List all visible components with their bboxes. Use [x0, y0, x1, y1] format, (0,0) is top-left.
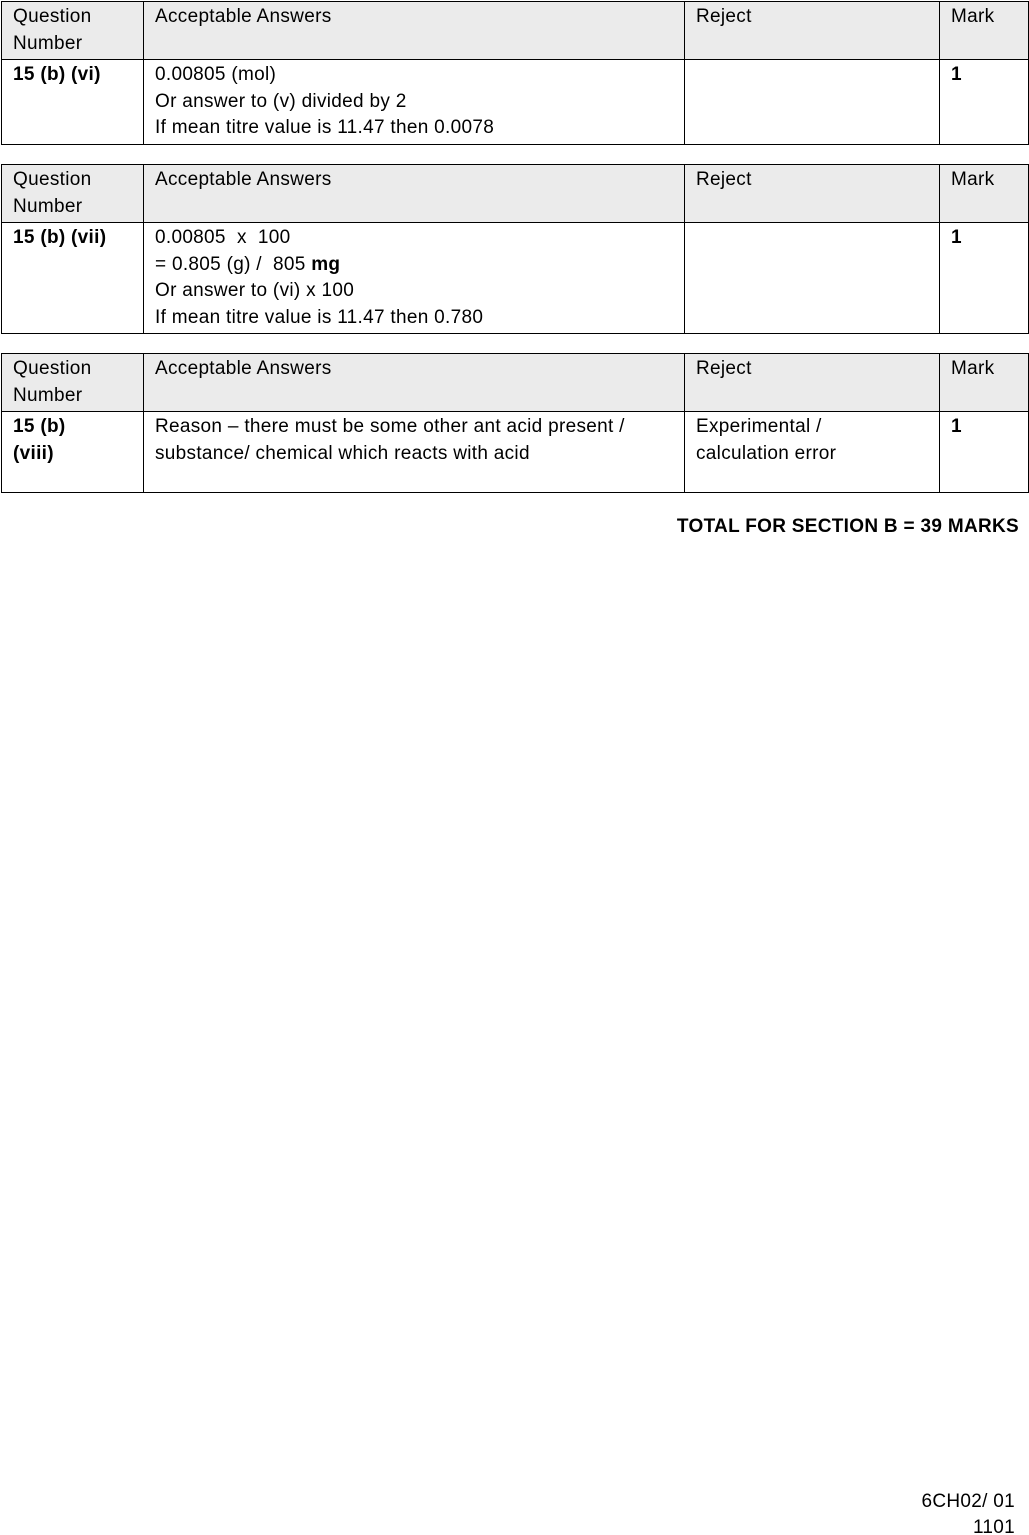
reject [685, 223, 940, 334]
header-acceptable-answers: Acceptable Answers [144, 2, 685, 60]
header-mark: Mark [940, 2, 1029, 60]
mark-scheme-table-vii: Question Number Acceptable Answers Rejec… [1, 164, 1029, 334]
reject [685, 60, 940, 145]
header-mark: Mark [940, 354, 1029, 412]
header-acceptable-answers: Acceptable Answers [144, 165, 685, 223]
mark: 1 [940, 223, 1029, 334]
header-row: Question Number Acceptable Answers Rejec… [2, 165, 1029, 223]
paper-code: 6CH02/ 01 [921, 1489, 1015, 1515]
header-question-number: Question Number [2, 354, 144, 412]
acceptable-answers: 0.00805 x 100 = 0.805 (g) / 805 mg Or an… [144, 223, 685, 334]
header-reject: Reject [685, 165, 940, 223]
header-row: Question Number Acceptable Answers Rejec… [2, 354, 1029, 412]
question-number: 15 (b) (vi) [2, 60, 144, 145]
page-number: 1101 [921, 1515, 1015, 1535]
mark-scheme-table-vi: Question Number Acceptable Answers Rejec… [1, 1, 1029, 145]
mark: 1 [940, 60, 1029, 145]
reject: Experimental / calculation error [685, 412, 940, 493]
header-question-number: Question Number [2, 165, 144, 223]
section-total: TOTAL FOR SECTION B = 39 MARKS [677, 516, 1019, 538]
question-number: 15 (b) (viii) [2, 412, 144, 493]
mark-scheme-table-viii: Question Number Acceptable Answers Rejec… [1, 353, 1029, 493]
header-reject: Reject [685, 354, 940, 412]
table-row: 15 (b) (viii) Reason – there must be som… [2, 412, 1029, 493]
header-reject: Reject [685, 2, 940, 60]
table-row: 15 (b) (vi) 0.00805 (mol) Or answer to (… [2, 60, 1029, 145]
table-row: 15 (b) (vii) 0.00805 x 100 = 0.805 (g) /… [2, 223, 1029, 334]
question-number: 15 (b) (vii) [2, 223, 144, 334]
page-footer: 6CH02/ 01 1101 [921, 1489, 1015, 1535]
mark: 1 [940, 412, 1029, 493]
header-mark: Mark [940, 165, 1029, 223]
acceptable-answers: 0.00805 (mol) Or answer to (v) divided b… [144, 60, 685, 145]
header-acceptable-answers: Acceptable Answers [144, 354, 685, 412]
header-question-number: Question Number [2, 2, 144, 60]
acceptable-answers: Reason – there must be some other ant ac… [144, 412, 685, 493]
header-row: Question Number Acceptable Answers Rejec… [2, 2, 1029, 60]
